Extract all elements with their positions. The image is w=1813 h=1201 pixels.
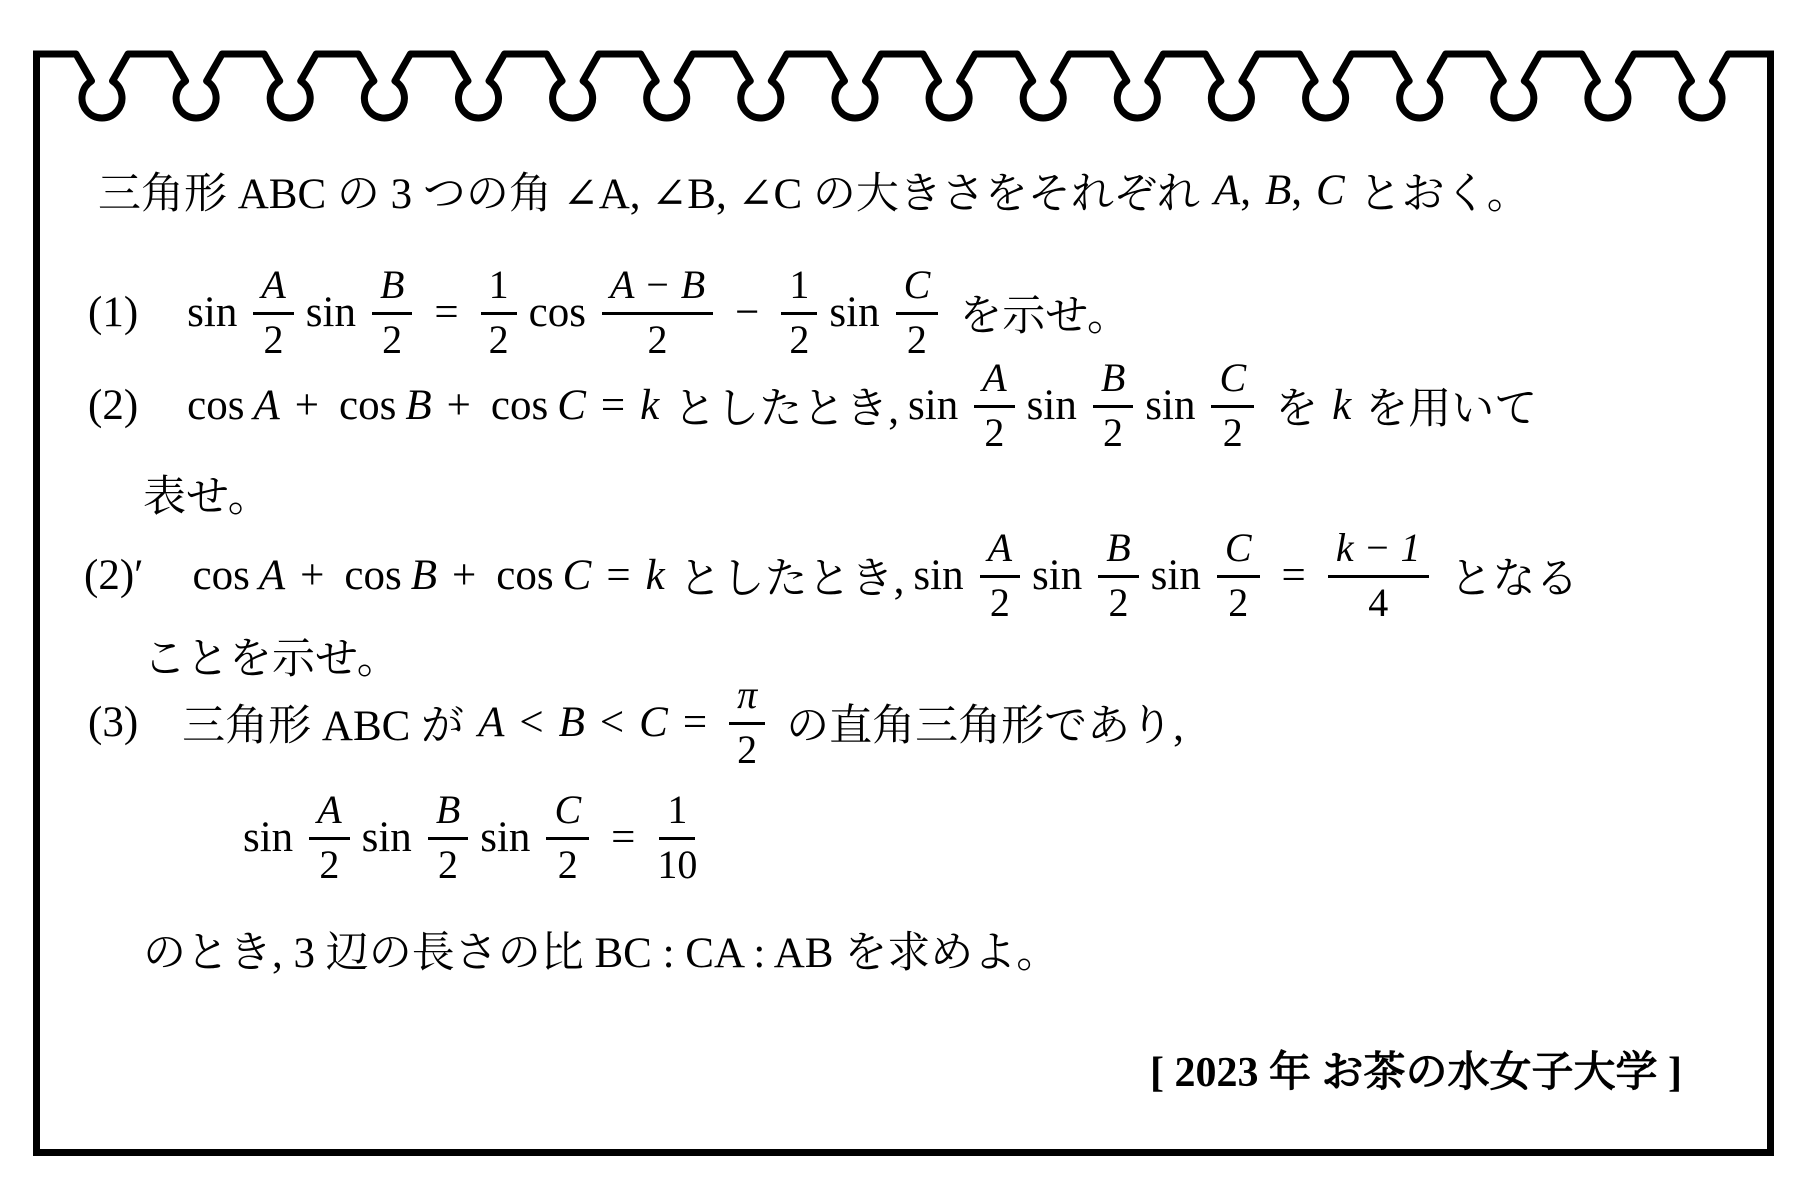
variable: C [557, 381, 586, 430]
problem-3-equation: sin A2 sin B2 sin C2 = 110 [238, 770, 704, 905]
fraction: π2 [729, 672, 765, 773]
denominator: 2 [438, 840, 458, 888]
fraction: B2 [428, 787, 468, 888]
variable: C [1316, 166, 1345, 215]
sin-function: sin [1145, 381, 1195, 430]
japanese-text: 三角形 ABC が [182, 692, 464, 753]
label: (2) [88, 381, 138, 430]
operator: + [452, 551, 476, 600]
operator: = [606, 551, 630, 600]
japanese-text: を示せ。 [959, 282, 1130, 343]
denominator: 2 [558, 840, 578, 888]
variable: A [253, 381, 279, 430]
numerator: B [1098, 525, 1138, 578]
denominator: 2 [319, 840, 339, 888]
japanese-text: とおく。 [1359, 160, 1530, 221]
numerator: C [1217, 525, 1260, 578]
label: (2)′ [84, 551, 144, 600]
japanese-text: のとき, 3 辺の長さの比 BC : CA : AB を求めよ。 [143, 919, 1059, 980]
denominator: 2 [1103, 408, 1123, 456]
fraction: A2 [974, 355, 1014, 456]
japanese-text: を用いて [1365, 375, 1537, 436]
operator: < [600, 698, 624, 747]
denominator: 2 [737, 725, 757, 773]
operator: − [735, 288, 759, 337]
cos-function: cos [339, 381, 396, 430]
operator: + [447, 381, 471, 430]
sin-function: sin [829, 288, 879, 337]
japanese-text: 三角形 ABC の 3 つの角 ∠A, ∠B, ∠C の大きさをそれぞれ [98, 160, 1200, 221]
numerator: 1 [481, 262, 517, 315]
problem-2-line: (2) cosA + cosB + cosC = k としたとき, sin A2… [88, 335, 1537, 475]
variable: B [405, 381, 431, 430]
comma: , [1291, 166, 1302, 215]
numerator: k − 1 [1328, 525, 1429, 578]
cos-function: cos [193, 551, 250, 600]
sin-function: sin [913, 551, 963, 600]
numerator: C [896, 262, 939, 315]
fraction: A2 [309, 787, 349, 888]
japanese-text: としたとき, [679, 545, 905, 606]
numerator: C [546, 787, 589, 840]
japanese-text: の直角三角形であり, [786, 692, 1184, 753]
operator: = [683, 698, 707, 747]
fraction: k − 14 [1328, 525, 1429, 626]
variable: k [1332, 381, 1351, 430]
denominator: 2 [1223, 408, 1243, 456]
fraction: C2 [546, 787, 589, 888]
problem-sheet: 三角形 ABC の 3 つの角 ∠A, ∠B, ∠C の大きさをそれぞれ A, … [39, 50, 1767, 1150]
variable: B [411, 551, 437, 600]
citation-text: [ 2023 年 お茶の水女子大学 ] [1150, 1039, 1682, 1099]
problem-intro: 三角形 ABC の 3 つの角 ∠A, ∠B, ∠C の大きさをそれぞれ A, … [98, 158, 1530, 222]
sin-function: sin [362, 813, 412, 862]
numerator: π [729, 672, 765, 725]
numerator: 1 [781, 262, 817, 315]
operator: = [1282, 551, 1306, 600]
problem-3-continuation: のとき, 3 辺の長さの比 BC : CA : AB を求めよ。 [143, 924, 1059, 974]
denominator: 4 [1368, 578, 1388, 626]
numerator: B [372, 262, 412, 315]
variable: k [646, 551, 665, 600]
variable: k [640, 381, 659, 430]
denominator: 2 [990, 578, 1010, 626]
fraction: A2 [980, 525, 1020, 626]
cos-function: cos [491, 381, 548, 430]
sin-function: sin [908, 381, 958, 430]
variable: C [639, 698, 668, 747]
numerator: A − B [602, 262, 713, 315]
operator: + [300, 551, 324, 600]
denominator: 2 [1108, 578, 1128, 626]
numerator: B [1093, 355, 1133, 408]
operator: + [295, 381, 319, 430]
sin-function: sin [480, 813, 530, 862]
numerator: A [309, 787, 349, 840]
sin-function: sin [187, 288, 237, 337]
variable: A [478, 698, 504, 747]
numerator: A [974, 355, 1014, 408]
operator: < [519, 698, 543, 747]
sin-function: sin [1027, 381, 1077, 430]
operator: = [434, 288, 458, 337]
numerator: A [253, 262, 293, 315]
numerator: A [980, 525, 1020, 578]
denominator: 10 [657, 840, 697, 888]
numerator: B [428, 787, 468, 840]
variable: C [563, 551, 592, 600]
cos-function: cos [496, 551, 553, 600]
sin-function: sin [1151, 551, 1201, 600]
fraction: B2 [1093, 355, 1133, 456]
variable: B [1265, 166, 1291, 215]
fraction: B2 [1098, 525, 1138, 626]
denominator: 2 [984, 408, 1004, 456]
variable: B [559, 698, 585, 747]
label: (1) [88, 288, 138, 337]
japanese-text: としたとき, [673, 375, 899, 436]
comma: , [1240, 166, 1251, 215]
fraction: C2 [1211, 355, 1254, 456]
variable: A [1214, 166, 1240, 215]
source-citation: [ 2023 年 お茶の水女子大学 ] [1150, 1041, 1682, 1096]
sin-function: sin [306, 288, 356, 337]
variable: A [259, 551, 285, 600]
japanese-text: となる [1450, 545, 1579, 606]
numerator: C [1211, 355, 1254, 408]
denominator: 2 [1228, 578, 1248, 626]
japanese-text: を [1275, 375, 1318, 436]
sin-function: sin [1032, 551, 1082, 600]
cos-function: cos [529, 288, 586, 337]
fraction: C2 [1217, 525, 1260, 626]
sin-function: sin [243, 813, 293, 862]
operator: = [601, 381, 625, 430]
label: (3) [88, 698, 138, 747]
operator: = [611, 813, 635, 862]
numerator: 1 [659, 787, 695, 840]
fraction: 110 [657, 787, 697, 888]
cos-function: cos [344, 551, 401, 600]
cos-function: cos [187, 381, 244, 430]
